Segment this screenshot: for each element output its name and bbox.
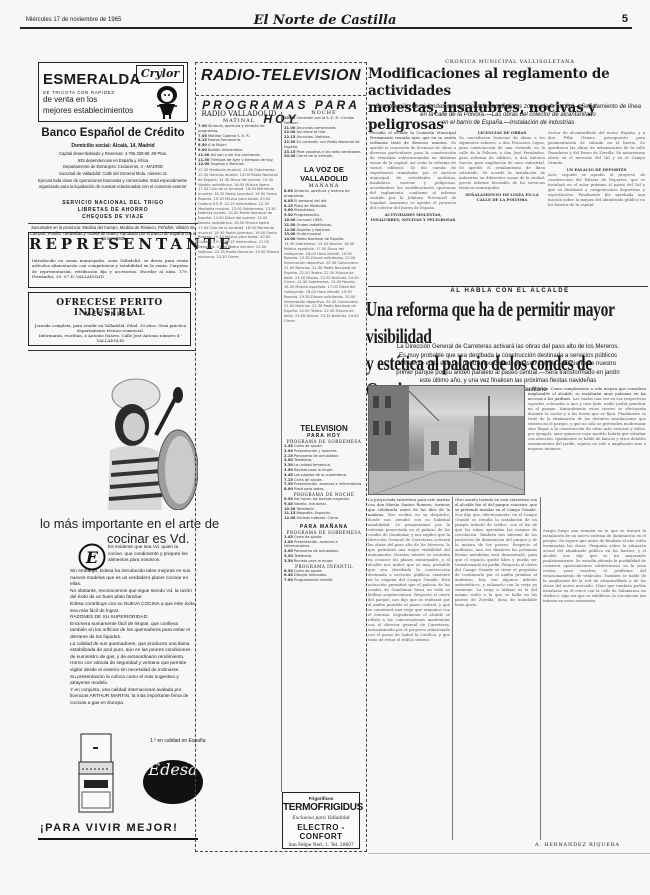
tv-program-list: 9.30 Así hacen los buenos negocios. 9.45…: [284, 497, 364, 521]
article-kicker: CRONICA MUNICIPAL VALLISOLETANA: [375, 59, 645, 65]
tv-program-list: 6.30 Carta de ajuste. 6.45 Dibujos anima…: [284, 569, 364, 583]
program-list-filler: 12.30 Mediodía musical. 13.00 Sobremesa.…: [198, 168, 280, 418]
termo-dealer: ELECTRO - CONFORT: [283, 823, 359, 841]
divider: [368, 853, 650, 854]
article-gondomar-column-2: Otro asunto tratado en esta entrevista c…: [455, 497, 537, 840]
termo-top: Frigoríficos: [283, 796, 359, 801]
section-title: RADIO-TELEVISION: [196, 67, 366, 85]
program-list: 7.00 Sintonía, apertura y emisión de pro…: [198, 124, 280, 167]
edesa-headline-1: lo más importante en el arte de: [40, 516, 210, 531]
edesa-paragraph-9: Su presentación la coloca como el más su…: [70, 675, 196, 688]
column-rule: [540, 497, 541, 840]
edesa-e-logo-icon: E: [78, 543, 106, 571]
column-rule: [281, 112, 282, 792]
perito-subtitle: MECANICO: [29, 312, 190, 318]
street-scene-photo: [368, 385, 525, 495]
banco-dependencias: 535 dependencias en España y África: [28, 158, 198, 164]
banco-capital: Capital desembolsado y Reservas: 4.766.3…: [28, 151, 198, 157]
article-gondomar-column-4: Surgió luego una reunión en la que se tr…: [543, 528, 646, 838]
program-item: 8.00 Sintonía, apertura y avance de prog…: [284, 189, 364, 199]
program-item: 20.30 Conexión con la S. E. R. «Ondas Fe…: [284, 116, 364, 126]
esmeralda-title: ESMERALDA: [43, 71, 141, 88]
edesa-paragraph-2: Sin embargo, Edesa ha introducido tales …: [70, 569, 196, 589]
program-list: 8.00 Sintonía, apertura y avance de prog…: [284, 189, 364, 242]
banco-sucursal: Sucursal de Valladolid: Calle del Genera…: [28, 171, 198, 177]
deck-line: Es muy probable que sea derribada la con…: [366, 352, 650, 361]
banco-servicio-1: SERVICIO NACIONAL DEL TRIGO: [28, 200, 198, 207]
column-rule: [452, 497, 453, 840]
radio-noche-column: NOCHE 20.30 Conexión con la S. E. R. «On…: [284, 110, 364, 583]
article-gondomar-column-3: y Filipinos. Como complemento a esta mej…: [528, 386, 646, 526]
program-item: 22.30 En conexión con Radio Nacional de …: [284, 140, 364, 150]
station-name: RADIO VALLADOLID: [198, 110, 280, 118]
banco-aprobado: Ejecuta toda clase de operaciones bancar…: [30, 178, 195, 189]
article-column-1: Presidió el alcalde la Comisión Municipa…: [370, 130, 456, 285]
esmeralda-ad: ESMERALDA Crylor SE TRICOTA CON RAPIDEZ …: [38, 62, 188, 122]
edesa-logo: Edesa: [143, 760, 203, 804]
subhead: ACTIVIDADES MOLESTAS, INSALUBRES, NOCIVA…: [370, 212, 456, 222]
divider: [38, 838, 198, 840]
station-name: LA VOZ DE VALLADOLID: [284, 165, 364, 183]
issue-date: Miércoles 17 de noviembre de 1965: [26, 17, 121, 23]
deck-line: existente en la esquina del Campo Grande…: [366, 360, 650, 369]
edesa-paragraph-6: Encimera sumamente fácil de limpiar, que…: [70, 622, 196, 642]
esmeralda-line-2: mejores establecimientos: [43, 106, 133, 115]
gas-stove-icon: [78, 732, 114, 814]
banco-domicilio: Domicilio social: Alcalá, 14, Madrid: [28, 143, 198, 149]
banco-departamento: Departamento de Extranjero: Cedaceros, 4…: [28, 164, 198, 170]
article-column-3: Sector de alcantarillado del nuevo Españ…: [548, 130, 645, 285]
representante-title: REPRESENTANTE: [29, 235, 190, 253]
svg-text:E: E: [85, 548, 99, 567]
article-deck-2: en el barrio de España.—Instalación de i…: [372, 119, 644, 127]
edesa-paragraph-3: No obstante, reconocemos que sigue siend…: [70, 589, 196, 602]
headline-line-1: Modificaciones al reglamento de activida…: [368, 66, 648, 100]
banco-servicio-2: LIBRETAS DE AHORRO: [28, 207, 198, 214]
body-col2: Otro asunto tratado en esta entrevista c…: [455, 497, 537, 512]
edesa-paragraph-7: La calidad de sus quemadores, que produc…: [70, 642, 196, 662]
edesa-slogan: ¡PARA VIVIR MEJOR!: [40, 822, 178, 834]
deck-line: La Dirección General de Carreteras activ…: [366, 343, 650, 352]
program-item: 7.00 Sintonía, apertura y emisión de pro…: [198, 124, 280, 134]
program-list-filler: 14.30 Sobremesa. 15.00 Novela. 16.00 Mús…: [284, 242, 364, 422]
station-radio-valladolid: RADIO VALLADOLID MATINAL 7.00 Sintonía, …: [198, 110, 280, 418]
termofrigidus-ad: Frigoríficos TERMOFRIGIDUS Exclusiva par…: [282, 792, 360, 849]
program-item: 12.00 Ultimas noticias. Cierre.: [284, 516, 364, 521]
article-deck-1: Construcción de viviendas subvencionadas…: [372, 103, 644, 119]
chef-woman-photo-icon: [98, 375, 198, 510]
banco-servicio-3: CHEQUES DE VIAJE: [28, 214, 198, 221]
program-list: 20.30 Conexión con la S. E. R. «Ondas Fe…: [284, 116, 364, 159]
article-lead: Presidió el alcalde la Comisión Municipa…: [370, 130, 456, 145]
representante-ad: REPRESENTANTE Introducido en zonas munic…: [28, 232, 191, 288]
termo-brand: TERMOFRIGIDUS: [283, 802, 359, 813]
program-item: 12.00 Ángelus y Noticias.: [198, 162, 280, 167]
crylor-logo: Crylor: [136, 65, 184, 83]
tv-program-list: 1.45 Carta de ajuste. 2.00 Presentación …: [284, 444, 364, 492]
edesa-paragraph-5: RAZONES DE SU SUPERIORIDAD:: [70, 615, 196, 622]
street-photo-icon: [369, 386, 525, 495]
perito-ad: OFRECESE PERITO INDUSTRIAL MECANICO Jorn…: [28, 292, 191, 346]
page-number: 5: [622, 13, 628, 25]
article-kicker: AL HABLA CON EL ALCALDE: [375, 288, 645, 294]
edesa-body: Sin embargo, Edesa ha introducido tales …: [70, 569, 196, 707]
television-title: TELEVISION: [284, 424, 364, 433]
program-item: 2.00 Presentación, avances e informacion…: [284, 540, 364, 550]
masthead: Miércoles 17 de noviembre de 1965 El Nor…: [20, 17, 632, 29]
divider: [368, 286, 648, 287]
termo-exclusive: Exclusiva para Valladolid: [283, 816, 359, 821]
subhead: SEÑALAMIENTO DE LINEA EN LA CALLE DE LA …: [459, 192, 545, 202]
deck-line: primer parque por su andén paralelo al p…: [366, 369, 650, 378]
edesa-paragraph-1: Es evidente que sea Vd. quien la cocine,…: [108, 545, 194, 565]
esmeralda-line-1: de venta en los: [43, 95, 97, 104]
perito-body-1: Jornada completa, para residir en Vallad…: [33, 323, 188, 333]
representante-body: Introducido en zonas municipales, zona V…: [32, 258, 188, 279]
banco-title: Banco Español de Crédito: [28, 127, 198, 139]
edesa-paragraph-4: Edesa contribuye con su NUEVA COCINA a q…: [70, 602, 196, 615]
edesa-headline-2: cocinar es Vd.: [107, 531, 189, 546]
article-byline: A. HERNANDEZ RIQUERA: [535, 842, 620, 848]
newspaper-title: El Norte de Castilla: [230, 13, 420, 28]
perito-body: Jornada completa, para residir en Vallad…: [33, 323, 188, 343]
perito-body-2: Informarán, escriban, a Antonio Suárez, …: [33, 333, 188, 343]
edesa-paragraph-10: Y en conjunto, una calidad internacional…: [70, 688, 196, 708]
doll-mascot-icon: [155, 85, 179, 119]
edesa-paragraph-8: Horno con válvula de seguridad y ventana…: [70, 661, 196, 674]
article-column-2: LICENCIAS DE OBRAS Se concedieron licenc…: [459, 130, 545, 285]
program-item: 7.00 Programación infantil.: [284, 578, 364, 583]
termo-address: San Felipe Neri, 1. Tel. 20607: [283, 843, 359, 848]
article-gondomar-column-1: La proyectada entrevista para este marte…: [368, 497, 450, 840]
program-item: 24.00 Cierre de la emisión.: [284, 154, 364, 159]
tv-program-list: 1.45 Carta de ajuste. 2.00 Presentación,…: [284, 535, 364, 564]
